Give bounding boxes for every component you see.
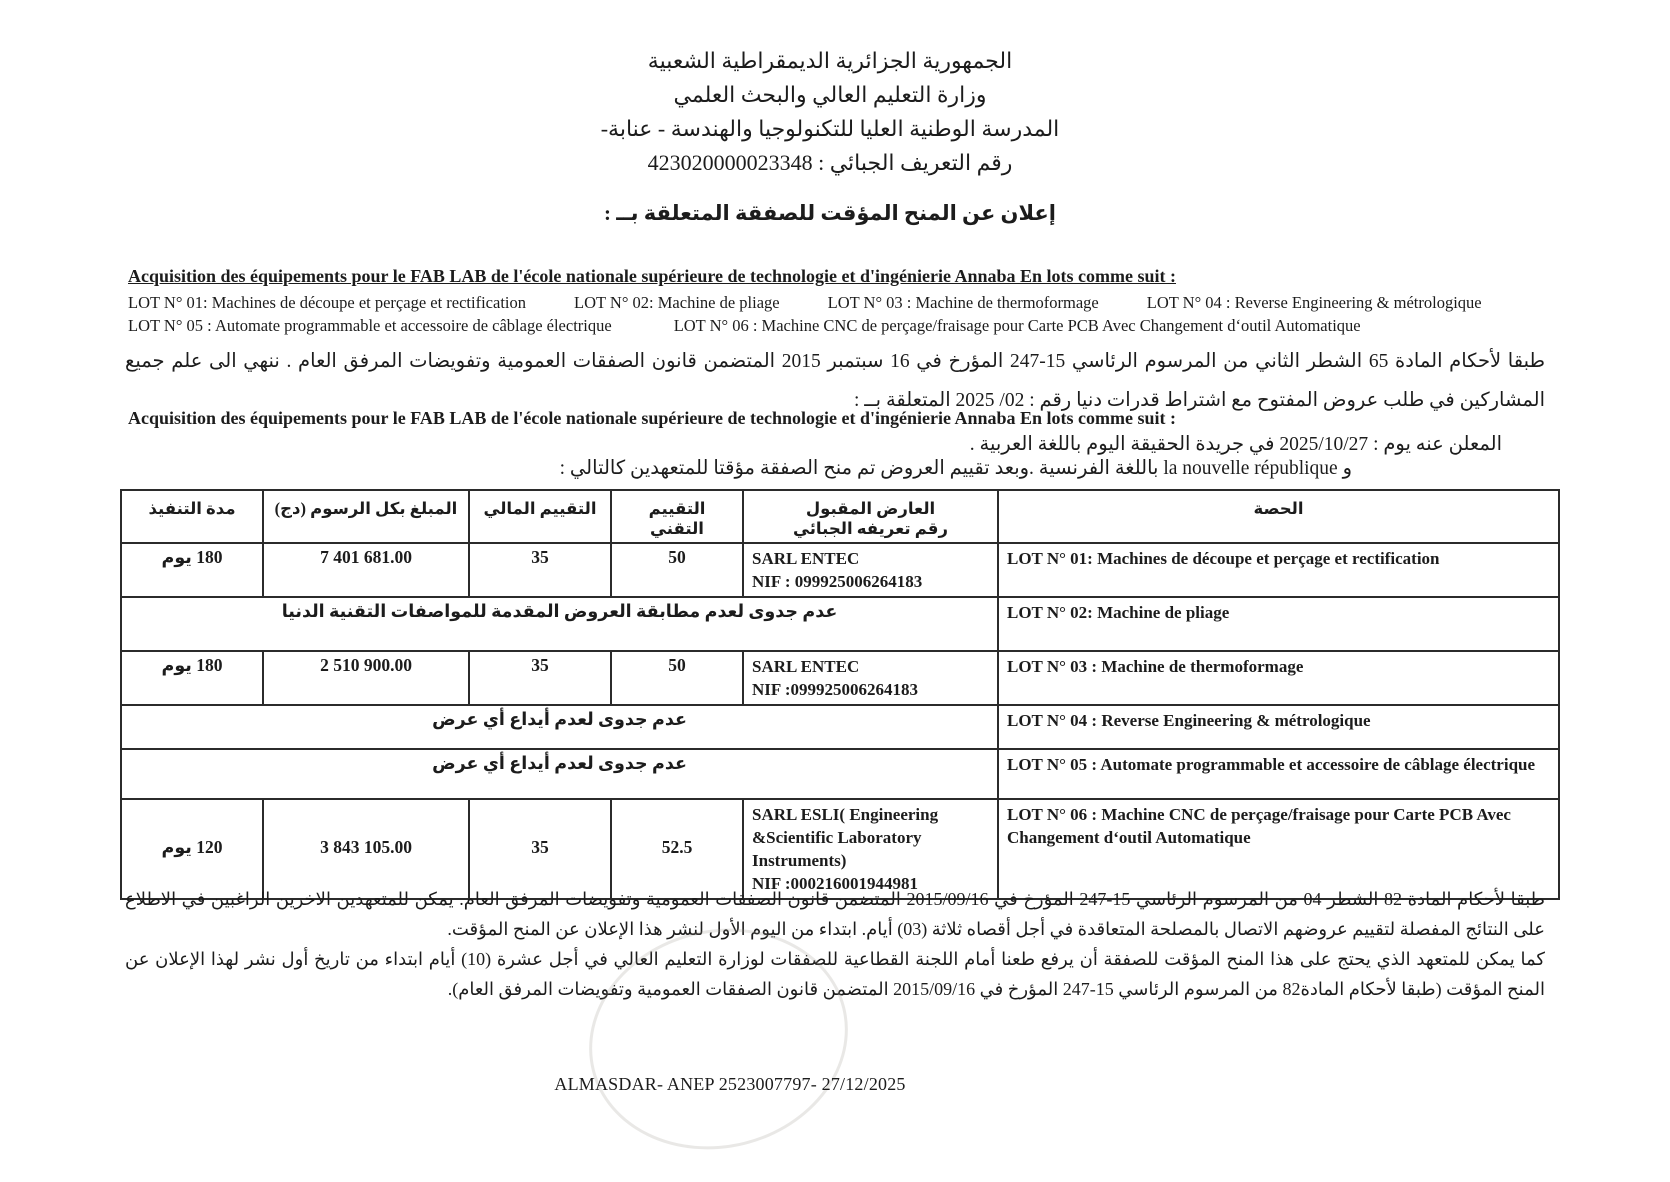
col-header-amount: المبلغ بكل الرسوم (دج)	[263, 490, 469, 543]
lot-cell: LOT N° 02: Machine de pliage	[998, 597, 1559, 651]
publication-french-newspaper: و la nouvelle république باللغة الفرنسية…	[560, 456, 1352, 480]
letterhead-ministry: وزارة التعليم العالي والبحث العلمي	[10, 78, 1650, 112]
lot-item: LOT N° 02: Machine de pliage	[574, 293, 780, 312]
anep-footer: ALMASDAR- ANEP 2523007797- 27/12/2025	[0, 1074, 1460, 1095]
col-header-bidder-line1: العارض المقبول	[752, 499, 989, 519]
lot-item: LOT N° 06 : Machine CNC de perçage/frais…	[674, 316, 1361, 335]
bidder-name: SARL ENTEC	[752, 655, 989, 678]
lots-line-2: LOT N° 05 : Automate programmable et acc…	[128, 316, 1423, 336]
col-header-lot: الحصة	[998, 490, 1559, 543]
table-row-lot03: 180 يوم 2 510 900.00 35 50 SARL ENTEC NI…	[121, 651, 1559, 705]
article82-paragraph-2: كما يمكن للمتعهد الذي يحتج على هذا المنح…	[125, 944, 1545, 1004]
amount-cell: 7 401 681.00	[263, 543, 469, 597]
cancellation-reason-cell: عدم جدوى لعدم أيداع أي عرض	[121, 749, 998, 799]
closing-paragraphs: طبقا لأحكام المادة 82 الشطر 04 من المرسو…	[125, 884, 1545, 1004]
cancellation-reason-cell: عدم جدوى لعدم أيداع أي عرض	[121, 705, 998, 749]
bidder-nif: NIF :099925006264183	[752, 678, 989, 701]
duration-cell: 180 يوم	[121, 543, 263, 597]
financial-eval-cell: 35	[469, 543, 611, 597]
award-table: مدة التنفيذ المبلغ بكل الرسوم (دج) التقي…	[120, 489, 1560, 900]
lot-item: LOT N° 03 : Machine de thermoformage	[828, 293, 1099, 312]
letterhead-tax-id: رقم التعريف الجبائي : 423020000023348	[10, 146, 1650, 180]
table-row-lot01: 180 يوم 7 401 681.00 35 50 SARL ENTEC NI…	[121, 543, 1559, 597]
article82-paragraph-1: طبقا لأحكام المادة 82 الشطر 04 من المرسو…	[125, 884, 1545, 944]
technical-eval-cell: 50	[611, 651, 743, 705]
col-header-duration: مدة التنفيذ	[121, 490, 263, 543]
amount-cell: 2 510 900.00	[263, 651, 469, 705]
lot-cell: LOT N° 03 : Machine de thermoformage	[998, 651, 1559, 705]
table-row-lot05: عدم جدوى لعدم أيداع أي عرض LOT N° 05 : A…	[121, 749, 1559, 799]
page-title: إعلان عن المنح المؤقت للصفقة المتعلقة بـ…	[10, 201, 1650, 226]
letterhead-school: المدرسة الوطنية العليا للتكنولوجيا والهن…	[10, 112, 1650, 146]
cancellation-reason-cell: عدم جدوى لعدم مطابقة العروض المقدمة للمو…	[121, 597, 998, 651]
bidder-name: SARL ESLI( Engineering &Scientific Labor…	[752, 803, 989, 872]
bidder-cell: SARL ENTEC NIF : 099925006264183	[743, 543, 998, 597]
bidder-cell: SARL ENTEC NIF :099925006264183	[743, 651, 998, 705]
col-header-financial-eval: التقييم المالي	[469, 490, 611, 543]
lot-item: LOT N° 04 : Reverse Engineering & métrol…	[1147, 293, 1482, 312]
duration-cell: 180 يوم	[121, 651, 263, 705]
technical-eval-cell: 50	[611, 543, 743, 597]
lot-item: LOT N° 05 : Automate programmable et acc…	[128, 316, 612, 335]
publication-arabic-newspaper: المعلن عنه يوم : 2025/10/27 في جريدة الح…	[970, 432, 1502, 456]
lot-cell: LOT N° 05 : Automate programmable et acc…	[998, 749, 1559, 799]
table-row-lot02: عدم جدوى لعدم مطابقة العروض المقدمة للمو…	[121, 597, 1559, 651]
lots-line-1: LOT N° 01: Machines de découpe et perçag…	[128, 293, 1530, 313]
col-header-technical-eval: التقييم التقني	[611, 490, 743, 543]
lot-item: LOT N° 01: Machines de découpe et perçag…	[128, 293, 526, 312]
letterhead-republic: الجمهورية الجزائرية الديمقراطية الشعبية	[10, 44, 1650, 78]
announcement-page: الجمهورية الجزائرية الديمقراطية الشعبية …	[0, 0, 1670, 1182]
lot-cell: LOT N° 01: Machines de découpe et perçag…	[998, 543, 1559, 597]
letterhead: الجمهورية الجزائرية الديمقراطية الشعبية …	[10, 44, 1650, 180]
col-header-bidder-line2: رقم تعريفه الجبائي	[752, 519, 989, 539]
table-row-lot04: عدم جدوى لعدم أيداع أي عرض LOT N° 04 : R…	[121, 705, 1559, 749]
table-header-row: مدة التنفيذ المبلغ بكل الرسوم (دج) التقي…	[121, 490, 1559, 543]
acquisition-heading-repeat: Acquisition des équipements pour le FAB …	[128, 408, 1176, 429]
acquisition-heading: Acquisition des équipements pour le FAB …	[128, 266, 1176, 287]
bidder-nif: NIF : 099925006264183	[752, 570, 989, 593]
financial-eval-cell: 35	[469, 651, 611, 705]
col-header-bidder: العارض المقبول رقم تعريفه الجبائي	[743, 490, 998, 543]
bidder-name: SARL ENTEC	[752, 547, 989, 570]
lot-cell: LOT N° 04 : Reverse Engineering & métrol…	[998, 705, 1559, 749]
